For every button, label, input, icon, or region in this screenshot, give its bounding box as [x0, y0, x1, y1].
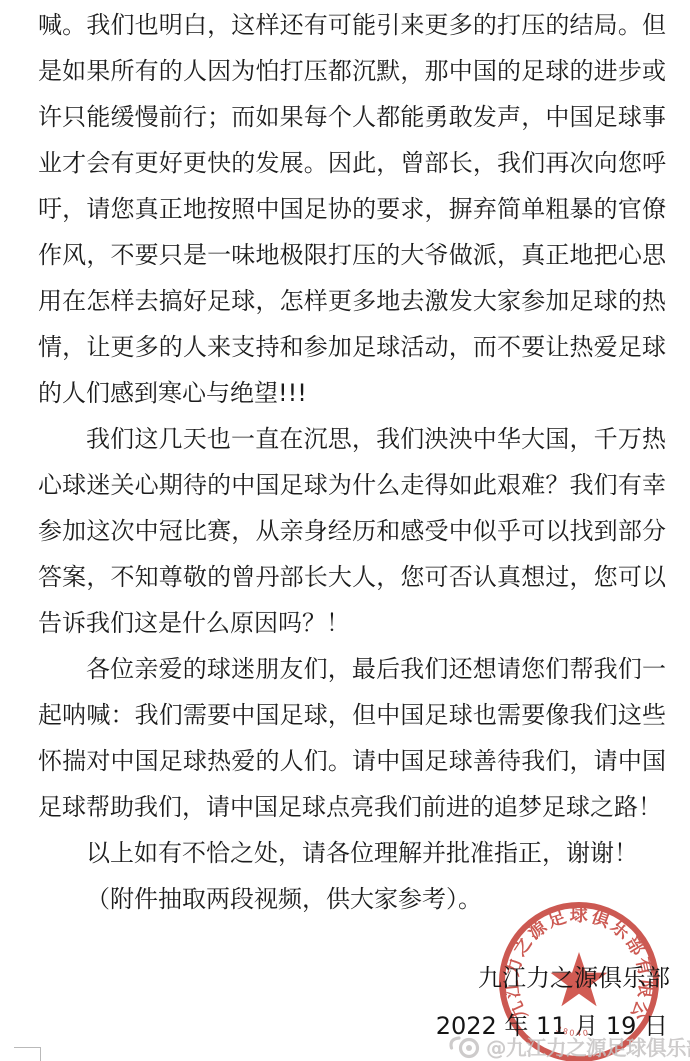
letter-paragraph: 我们这几天也一直在沉思，我们泱泱中华大国，千万热心球迷关心期待的中国足球为什么走…: [38, 416, 666, 646]
seal-company-name: 九江力之源足球俱乐部有限公司: [494, 897, 657, 1025]
watermark-handle: @九江力之源足球俱乐部: [486, 1031, 690, 1061]
letter-paragraph: 各位亲爱的球迷朋友们，最后我们还想请您们帮我们一起呐喊：我们需要中国足球，但中国…: [38, 646, 666, 830]
letter-paragraph: 以上如有不恰之处，请各位理解并批准指正，谢谢！: [38, 830, 666, 876]
letter-body: 喊。我们也明白，这样还有可能引来更多的打压的结局。但是如果所有的人因为怕打压都沉…: [38, 2, 666, 922]
weibo-logo-icon: [446, 1033, 482, 1059]
weibo-watermark: @九江力之源足球俱乐部: [446, 1030, 690, 1061]
signature-club-name: 九江力之源俱乐部: [478, 963, 670, 993]
letter-paragraph: 喊。我们也明白，这样还有可能引来更多的打压的结局。但是如果所有的人因为怕打压都沉…: [38, 2, 666, 416]
letter-page: 喊。我们也明白，这样还有可能引来更多的打压的结局。但是如果所有的人因为怕打压都沉…: [0, 0, 690, 1061]
cropped-frame-corner: [14, 1047, 41, 1061]
